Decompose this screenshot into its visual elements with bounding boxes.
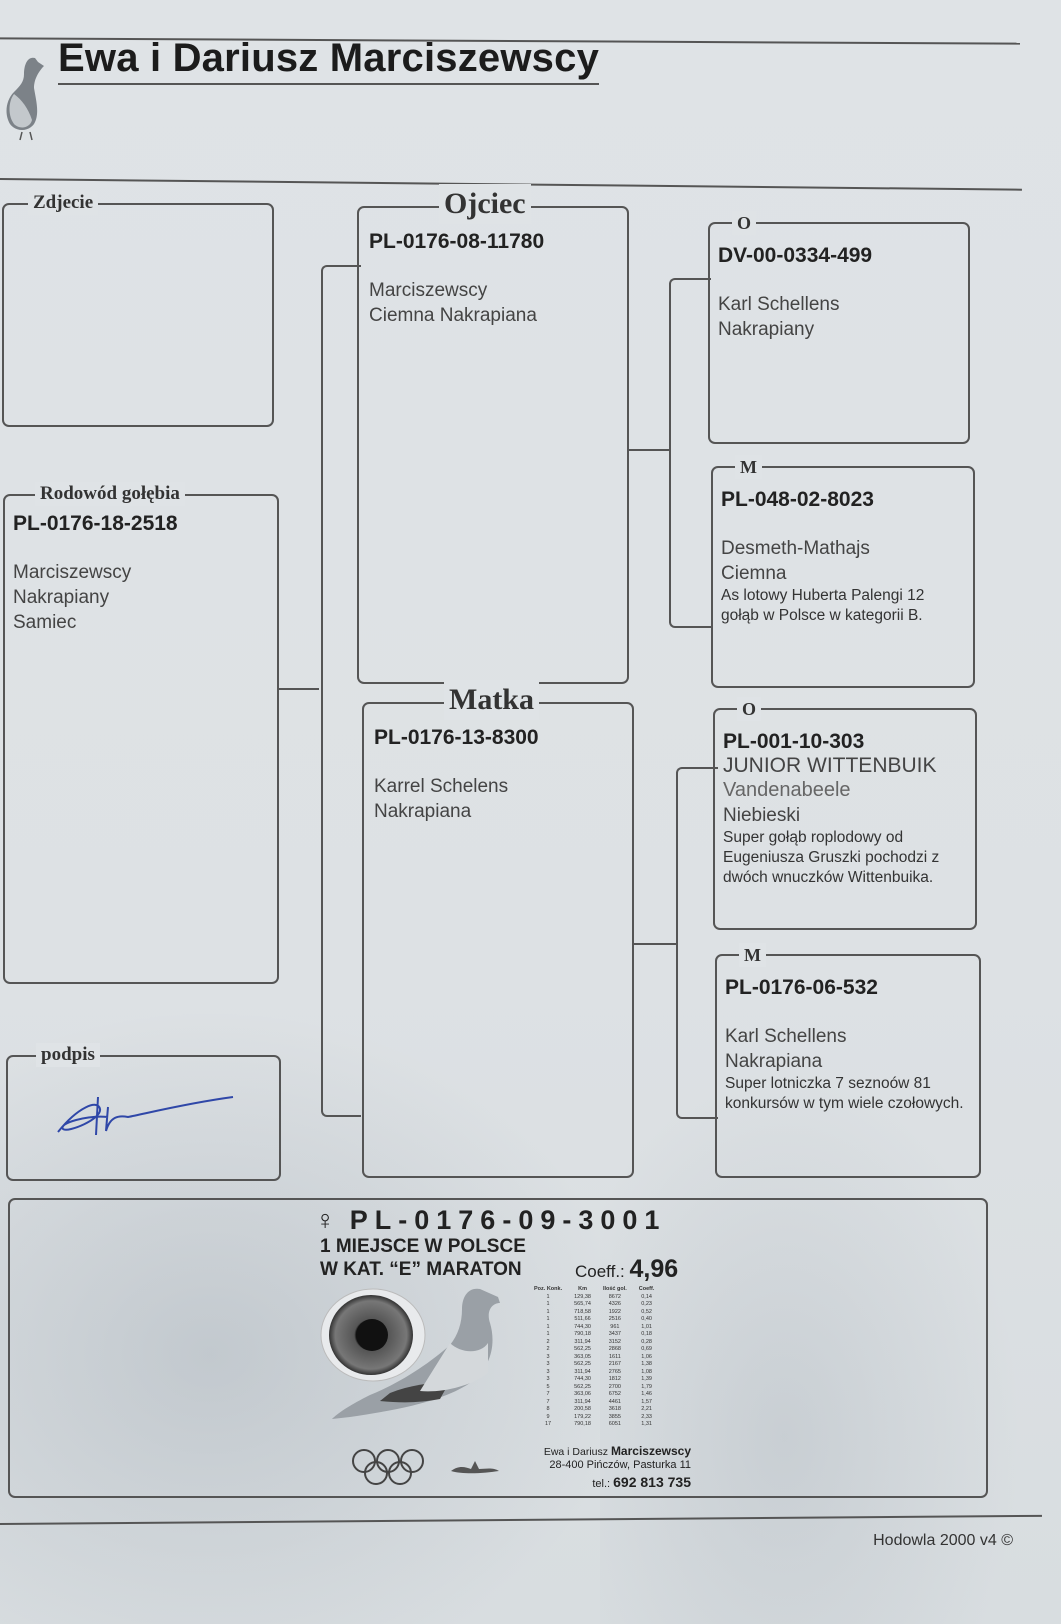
table-cell: 1 [528, 1294, 568, 1302]
pedigree-color: Nakrapiany [13, 585, 269, 610]
father-mother-details: Desmeth-Mathajs Ciemna [721, 536, 965, 586]
table-cell: 1,79 [633, 1384, 661, 1392]
father-box: Ojciec PL-0176-08-11780 Marciszewscy Cie… [357, 206, 629, 684]
table-cell: 0,28 [633, 1339, 661, 1347]
table-cell: 744,30 [568, 1376, 597, 1384]
table-cell: 1,39 [633, 1376, 661, 1384]
table-cell: 1922 [597, 1309, 633, 1317]
advert-ring: ♀ PL-0176-09-3001 [315, 1205, 666, 1236]
mother-father-details: Vandenabeele Niebieski [723, 778, 967, 828]
pedigree-sex: Samiec [13, 610, 269, 635]
mother-mother-breeder: Karl Schellens [725, 1024, 971, 1049]
phone-label: tel.: [592, 1478, 610, 1490]
table-cell: 0,69 [633, 1346, 661, 1354]
table-cell: 511,66 [568, 1316, 597, 1324]
table-cell: 2516 [597, 1316, 633, 1324]
pigeon-icon [0, 44, 50, 144]
table-cell: 5 [528, 1384, 568, 1392]
connector-father-parents [669, 278, 711, 628]
table-cell: 2868 [597, 1346, 633, 1354]
table-cell: 8672 [597, 1294, 633, 1302]
table-cell: 311,94 [568, 1339, 597, 1347]
father-mother-note: As lotowy Huberta Palengi 12 gołąb w Pol… [721, 586, 965, 626]
table-row: 3562,2521671,38 [528, 1361, 660, 1369]
table-cell: 790,18 [568, 1331, 597, 1339]
table-row: 1718,5819220,52 [528, 1309, 660, 1317]
photo-box-label: Zdjecie [28, 191, 98, 215]
table-row: 1790,1834370,18 [528, 1331, 660, 1339]
table-cell: 200,58 [568, 1406, 597, 1414]
table-cell: 1 [528, 1331, 568, 1339]
father-mother-label: M [735, 455, 762, 479]
father-mother-box: M PL-048-02-8023 Desmeth-Mathajs Ciemna … [711, 466, 975, 688]
table-cell: 4326 [597, 1301, 633, 1309]
mother-mother-note: Super lotniczka 7 seznoów 81 konkursów w… [725, 1074, 971, 1114]
footer-rule [0, 1515, 1042, 1525]
father-mother-ring-number: PL-048-02-8023 [721, 488, 965, 512]
table-cell: 2765 [597, 1369, 633, 1377]
female-icon: ♀ [315, 1205, 335, 1235]
table-cell: 2 [528, 1346, 568, 1354]
father-breeder: Marciszewscy [369, 278, 617, 303]
table-row: 1565,7443260,23 [528, 1301, 660, 1309]
table-cell: 311,94 [568, 1369, 597, 1377]
father-details: Marciszewscy Ciemna Nakrapiana [369, 278, 617, 328]
table-cell: 2700 [597, 1384, 633, 1392]
advert-owner: Ewa i Dariusz Marciszewscy [544, 1444, 691, 1458]
table-cell: 1,57 [633, 1399, 661, 1407]
table-cell: 744,30 [568, 1324, 597, 1332]
mother-breeder: Karrel Schelens [374, 774, 622, 799]
table-cell: 311,94 [568, 1399, 597, 1407]
table-cell: 3855 [597, 1414, 633, 1422]
table-cell: 8 [528, 1406, 568, 1414]
table-cell: 562,25 [568, 1361, 597, 1369]
table-cell: 1 [528, 1309, 568, 1317]
table-cell: 1,38 [633, 1361, 661, 1369]
pedigree-details: Marciszewscy Nakrapiany Samiec [13, 560, 269, 635]
table-cell: 3618 [597, 1406, 633, 1414]
mother-mother-ring-number: PL-0176-06-532 [725, 976, 971, 1000]
signature-box-label: podpis [36, 1043, 100, 1067]
father-ring-number: PL-0176-08-11780 [369, 230, 617, 254]
table-row: 5562,2527001,79 [528, 1384, 660, 1392]
table-cell: 565,74 [568, 1301, 597, 1309]
owner-surname: Marciszewscy [611, 1444, 691, 1458]
table-cell: 3 [528, 1376, 568, 1384]
results-column-header: Ilość gol. [597, 1286, 633, 1294]
table-cell: 1 [528, 1301, 568, 1309]
mother-mother-label: M [739, 943, 766, 967]
mother-details: Karrel Schelens Nakrapiana [374, 774, 622, 824]
table-row: 7363,0667521,46 [528, 1391, 660, 1399]
father-father-breeder: Karl Schellens [718, 292, 960, 317]
table-row: 7311,9444611,57 [528, 1399, 660, 1407]
results-table: Poz. Konk.KmIlość gol.Coeff. 1129,388672… [528, 1286, 660, 1429]
connector-parents [321, 265, 361, 1117]
table-row: 3744,3018121,39 [528, 1376, 660, 1384]
table-cell: 1611 [597, 1354, 633, 1362]
table-cell: 179,22 [568, 1414, 597, 1422]
table-row: 3311,9427651,08 [528, 1369, 660, 1377]
table-cell: 6752 [597, 1391, 633, 1399]
table-cell: 3437 [597, 1331, 633, 1339]
table-row: 1744,309611,01 [528, 1324, 660, 1332]
mother-box-label: Matka [444, 680, 539, 720]
pedigree-breeder: Marciszewscy [13, 560, 269, 585]
table-cell: 1,31 [633, 1421, 661, 1429]
table-cell: 1812 [597, 1376, 633, 1384]
table-cell: 718,58 [568, 1309, 597, 1317]
advert-line-1: 1 MIEJSCE W POLSCE [320, 1236, 526, 1258]
table-cell: 1,01 [633, 1324, 661, 1332]
table-cell: 129,38 [568, 1294, 597, 1302]
father-color: Ciemna Nakrapiana [369, 303, 617, 328]
connector-mother-parents [676, 767, 718, 1119]
table-cell: 961 [597, 1324, 633, 1332]
advert-phone: tel.: 692 813 735 [592, 1474, 691, 1490]
mother-father-box: O PL-001-10-303 JUNIOR WITTENBUIK Vanden… [713, 708, 977, 930]
table-row: 17790,1860511,31 [528, 1421, 660, 1429]
table-row: 3363,0516111,06 [528, 1354, 660, 1362]
table-cell: 1,46 [633, 1391, 661, 1399]
table-cell: 4461 [597, 1399, 633, 1407]
advert-address: 28-400 Pińczów, Pasturka 11 [549, 1459, 691, 1471]
table-cell: 1,06 [633, 1354, 661, 1362]
table-cell: 0,40 [633, 1316, 661, 1324]
table-row: 1511,6625160,40 [528, 1316, 660, 1324]
connector-subject [279, 688, 319, 690]
table-cell: 1 [528, 1324, 568, 1332]
photo-box: Zdjecie [2, 203, 274, 427]
results-column-header: Coeff. [633, 1286, 661, 1294]
pedigree-box-label: Rodowód gołębia [35, 482, 185, 506]
table-cell: 7 [528, 1399, 568, 1407]
table-row: 2311,9431520,28 [528, 1339, 660, 1347]
table-cell: 2167 [597, 1361, 633, 1369]
mother-father-note: Super gołąb roplodowy od Eugeniusza Grus… [723, 828, 967, 888]
mother-box: Matka PL-0176-13-8300 Karrel Schelens Na… [362, 702, 634, 1178]
mother-father-name: JUNIOR WITTENBUIK [723, 754, 967, 778]
father-father-ring-number: DV-00-0334-499 [718, 244, 960, 268]
table-cell: 790,18 [568, 1421, 597, 1429]
table-cell: 562,25 [568, 1346, 597, 1354]
advert-line-2: W KAT. “E” MARATON [320, 1259, 522, 1281]
handwritten-signature [48, 1087, 248, 1147]
connector-father [629, 449, 669, 451]
table-cell: 363,05 [568, 1354, 597, 1362]
mother-father-label: O [737, 697, 761, 721]
table-cell: 9 [528, 1414, 568, 1422]
signature-box: podpis [6, 1055, 281, 1181]
father-box-label: Ojciec [439, 184, 531, 224]
table-cell: 0,23 [633, 1301, 661, 1309]
mother-mother-box: M PL-0176-06-532 Karl Schellens Nakrapia… [715, 954, 981, 1178]
table-cell: 3152 [597, 1339, 633, 1347]
table-cell: 562,25 [568, 1384, 597, 1392]
mother-father-breeder: Vandenabeele [723, 778, 967, 803]
software-credit: Hodowla 2000 v4 © [873, 1532, 1013, 1550]
results-table-header: Poz. Konk.KmIlość gol.Coeff. [528, 1286, 660, 1294]
mother-ring-number: PL-0176-13-8300 [374, 726, 622, 750]
coefficient-label: Coeff.: [575, 1262, 625, 1281]
mother-color: Nakrapiana [374, 799, 622, 824]
table-cell: 1 [528, 1316, 568, 1324]
table-cell: 6051 [597, 1421, 633, 1429]
father-mother-color: Ciemna [721, 561, 965, 586]
connector-mother [634, 943, 676, 945]
advert-ring-number: PL-0176-09-3001 [350, 1205, 667, 1235]
table-row: 9179,2238552,33 [528, 1414, 660, 1422]
table-cell: 2 [528, 1339, 568, 1347]
page-title: Ewa i Dariusz Marciszewscy [58, 36, 599, 85]
bird-logo-icon [445, 1455, 501, 1477]
mother-mother-color: Nakrapiana [725, 1049, 971, 1074]
coefficient-value: 4,96 [630, 1255, 679, 1283]
table-cell: 0,52 [633, 1309, 661, 1317]
table-cell: 7 [528, 1391, 568, 1399]
results-column-header: Poz. Konk. [528, 1286, 568, 1294]
father-father-box: O DV-00-0334-499 Karl Schellens Nakrapia… [708, 222, 970, 444]
pedigree-ring-number: PL-0176-18-2518 [13, 512, 269, 536]
olympic-rings-icon [350, 1447, 430, 1487]
table-row: 8200,5836182,21 [528, 1406, 660, 1414]
table-cell: 2,33 [633, 1414, 661, 1422]
table-row: 2562,2528680,69 [528, 1346, 660, 1354]
table-cell: 3 [528, 1361, 568, 1369]
father-father-label: O [732, 211, 756, 235]
table-cell: 3 [528, 1369, 568, 1377]
table-row: 1129,3886720,14 [528, 1294, 660, 1302]
advert-coefficient: Coeff.: 4,96 [575, 1255, 678, 1284]
results-column-header: Km [568, 1286, 597, 1294]
phone-number: 692 813 735 [613, 1474, 691, 1490]
father-father-details: Karl Schellens Nakrapiany [718, 292, 960, 342]
pedigree-box: Rodowód gołębia PL-0176-18-2518 Marcisze… [3, 494, 279, 984]
pigeon-image [330, 1283, 510, 1453]
table-cell: 0,18 [633, 1331, 661, 1339]
table-cell: 0,14 [633, 1294, 661, 1302]
table-cell: 3 [528, 1354, 568, 1362]
father-mother-breeder: Desmeth-Mathajs [721, 536, 965, 561]
father-father-color: Nakrapiany [718, 317, 960, 342]
mother-mother-details: Karl Schellens Nakrapiana [725, 1024, 971, 1074]
table-cell: 1,08 [633, 1369, 661, 1377]
mother-father-ring-number: PL-001-10-303 [723, 730, 967, 754]
owner-first-names: Ewa i Dariusz [544, 1446, 608, 1458]
table-cell: 2,21 [633, 1406, 661, 1414]
table-cell: 17 [528, 1421, 568, 1429]
table-cell: 363,06 [568, 1391, 597, 1399]
mother-father-color: Niebieski [723, 803, 967, 828]
